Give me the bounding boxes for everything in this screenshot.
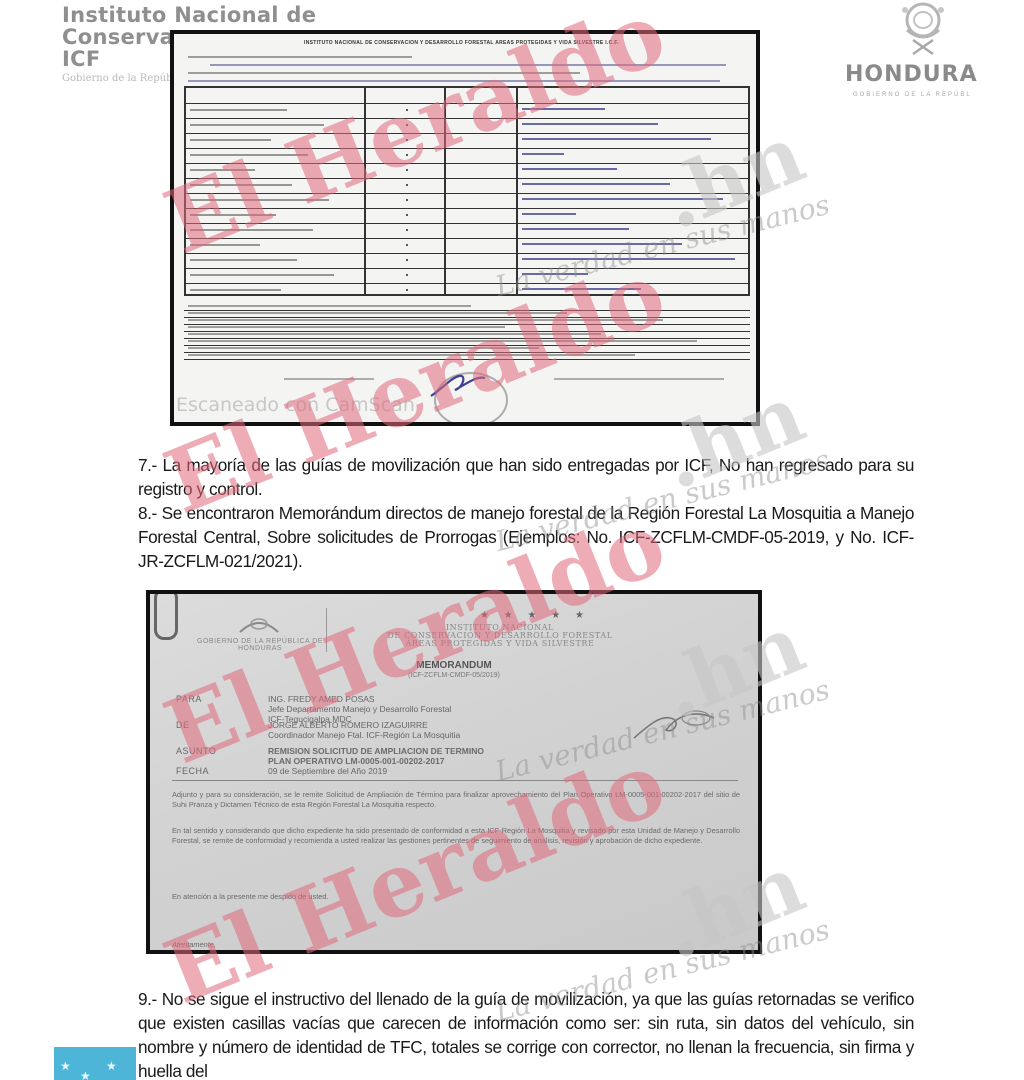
coat-of-arms-icon (893, 0, 953, 56)
form-checklist-table (184, 86, 750, 296)
memo-field-value: 09 de Septiembre del Año 2019 (268, 766, 387, 776)
memo-institute: INSTITUTO NACIONAL DE CONSERVACIÓN Y DES… (350, 624, 650, 648)
camscanner-watermark: Escaneado con CamScan (176, 394, 415, 416)
memo-reference: (ICF-ZCFLM-CMDF-05/2019) (150, 672, 758, 679)
finding-8: 8.- Se encontraron Memorándum directos d… (138, 501, 914, 573)
memo-field-value: JORGE ALBERTO ROMERO IZAGUIRRECoordinado… (268, 720, 460, 740)
paperclip-icon (154, 590, 178, 640)
country-subtitle: GOBIERNO DE LA REPÚBL (853, 92, 972, 98)
memo-field-label: DE (176, 720, 190, 730)
memo-field-label: ASUNTO (176, 746, 216, 756)
honduras-flag-stripe: ★★★ (54, 1047, 136, 1080)
government-emblem-icon (236, 612, 282, 634)
memo-signoff: Atentamente, (172, 940, 740, 950)
memo-gov-label: GOBIERNO DE LA REPÚBLICA DE HONDURAS (190, 638, 330, 652)
memo-title: MEMORANDUM (150, 660, 758, 671)
memorandum-photo: GOBIERNO DE LA REPÚBLICA DE HONDURAS ★ ★… (146, 590, 762, 954)
memo-signature (630, 704, 720, 744)
country-wordmark: HONDURA (845, 62, 978, 87)
memo-body-1: Adjunto y para su consideración, se le r… (172, 790, 740, 809)
memo-body-2: En tal sentido y considerando que dicho … (172, 826, 740, 845)
memo-field-label: PARA (176, 694, 202, 704)
memo-field-label: FECHA (176, 766, 209, 776)
form-header-fields (188, 50, 748, 82)
org-name-line-1: Instituto Nacional de (62, 4, 316, 26)
finding-9: 9.- No se sigue el instructivo del llena… (138, 987, 914, 1080)
form-notes-section (184, 300, 750, 356)
memo-field-value: REMISION SOLICITUD DE AMPLIACION DE TERM… (268, 746, 484, 766)
signature-mark (429, 370, 489, 400)
scanned-inspection-form: INSTITUTO NACIONAL DE CONSERVACION Y DES… (170, 30, 760, 426)
finding-7-8: 7.- La mayoría de las guías de movilizac… (138, 453, 914, 573)
finding-7: 7.- La mayoría de las guías de movilizac… (138, 453, 914, 501)
stars-icon: ★ ★ ★ ★ ★ (480, 610, 590, 621)
form-title: INSTITUTO NACIONAL DE CONSERVACION Y DES… (304, 40, 619, 46)
memo-closing: En atención a la presente me despido de … (172, 892, 740, 902)
